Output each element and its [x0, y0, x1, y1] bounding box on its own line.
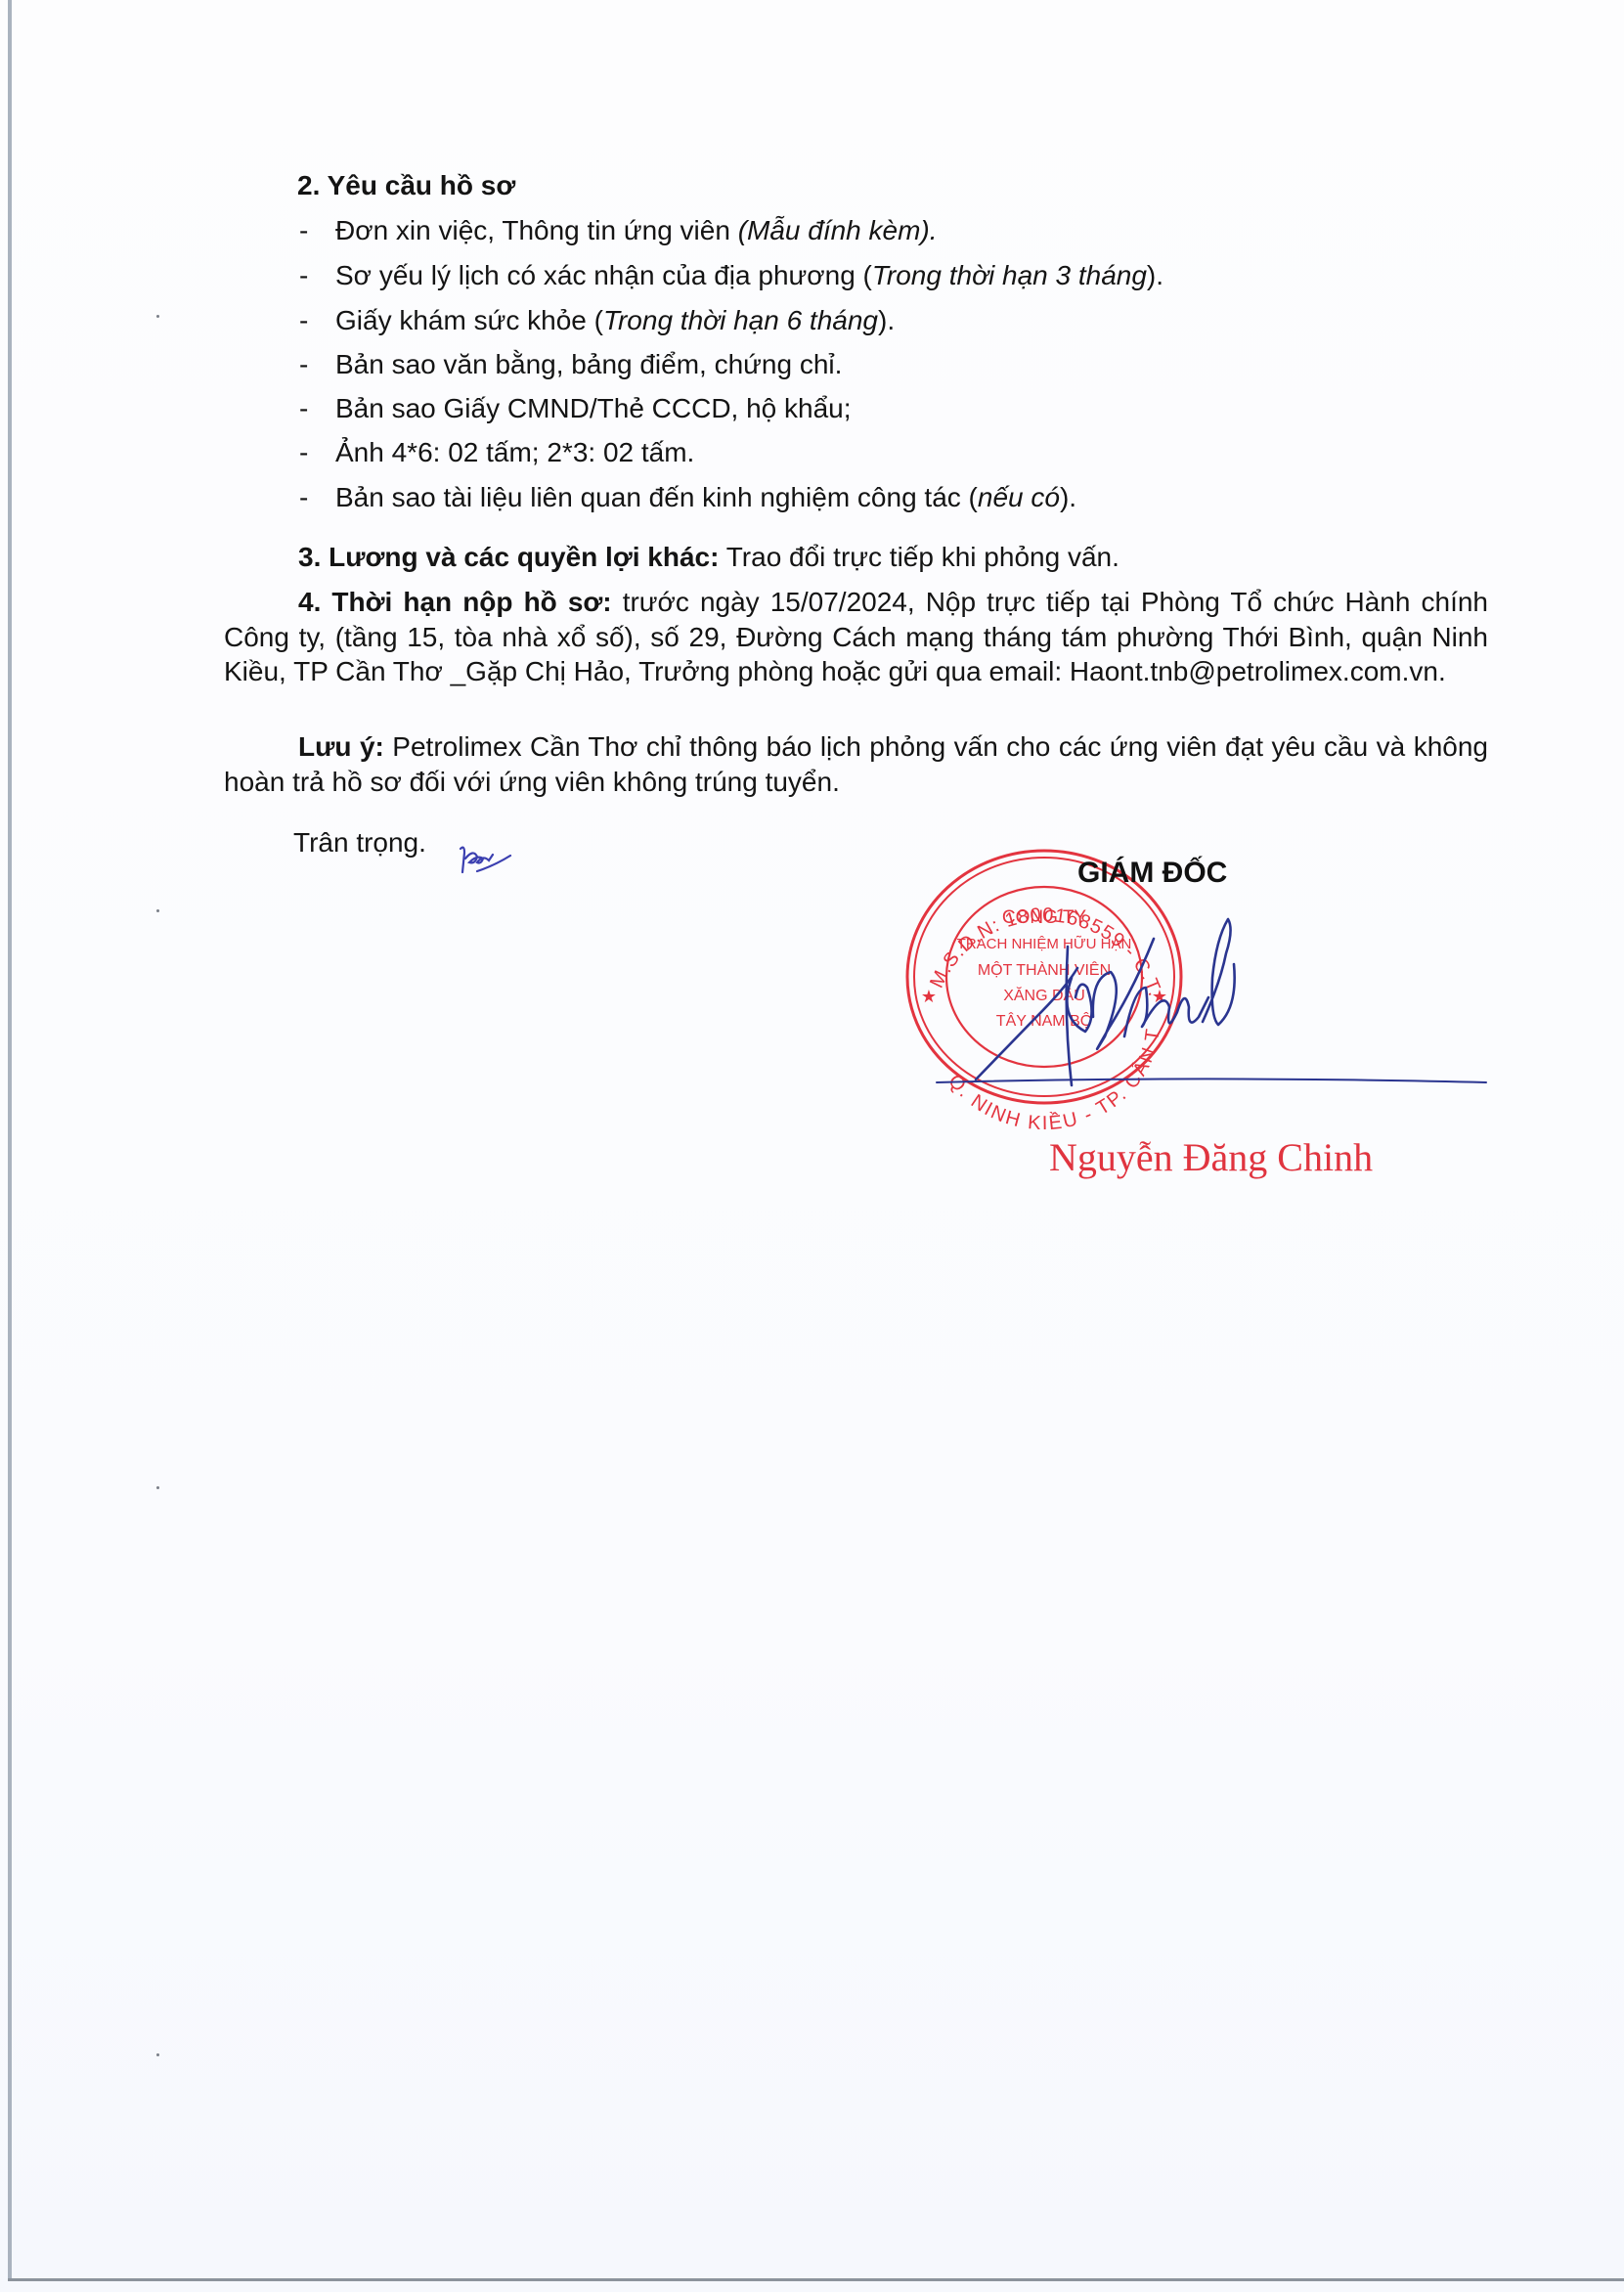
initials-mark [461, 848, 510, 872]
stamp-inner-line: MỘT THÀNH VIÊN [978, 960, 1111, 979]
stamp-text: M.S.D.N: 1800168559 - C.T.T.N.H.H Q. NIN… [0, 0, 1167, 1134]
svg-text:M.S.D.N: 1800168559 - C.T.T.N.: M.S.D.N: 1800168559 - C.T.T.N.H.H [0, 0, 1165, 999]
stamp-outer-top-text: M.S.D.N: 1800168559 - C.T.T.N.H.H [0, 0, 1165, 999]
signatory-name: Nguyễn Đăng Chinh [1049, 1134, 1373, 1181]
stamp-star-icon: ★ [921, 987, 937, 1006]
stamp-and-signature-layer: M.S.D.N: 1800168559 - C.T.T.N.H.H Q. NIN… [0, 0, 1624, 2292]
stamp-inner-line: XĂNG DẦU [1003, 986, 1085, 1004]
scanned-document-page: 2. Yêu cầu hồ sơ - Đơn xin việc, Thông t… [0, 0, 1624, 2292]
stamp-inner-line: TRACH NHIỆM HỮU HẠN [957, 936, 1132, 952]
signatory-title: GIÁM ĐỐC [1077, 857, 1227, 890]
stamp-inner-line: CONG TY [1002, 907, 1087, 928]
